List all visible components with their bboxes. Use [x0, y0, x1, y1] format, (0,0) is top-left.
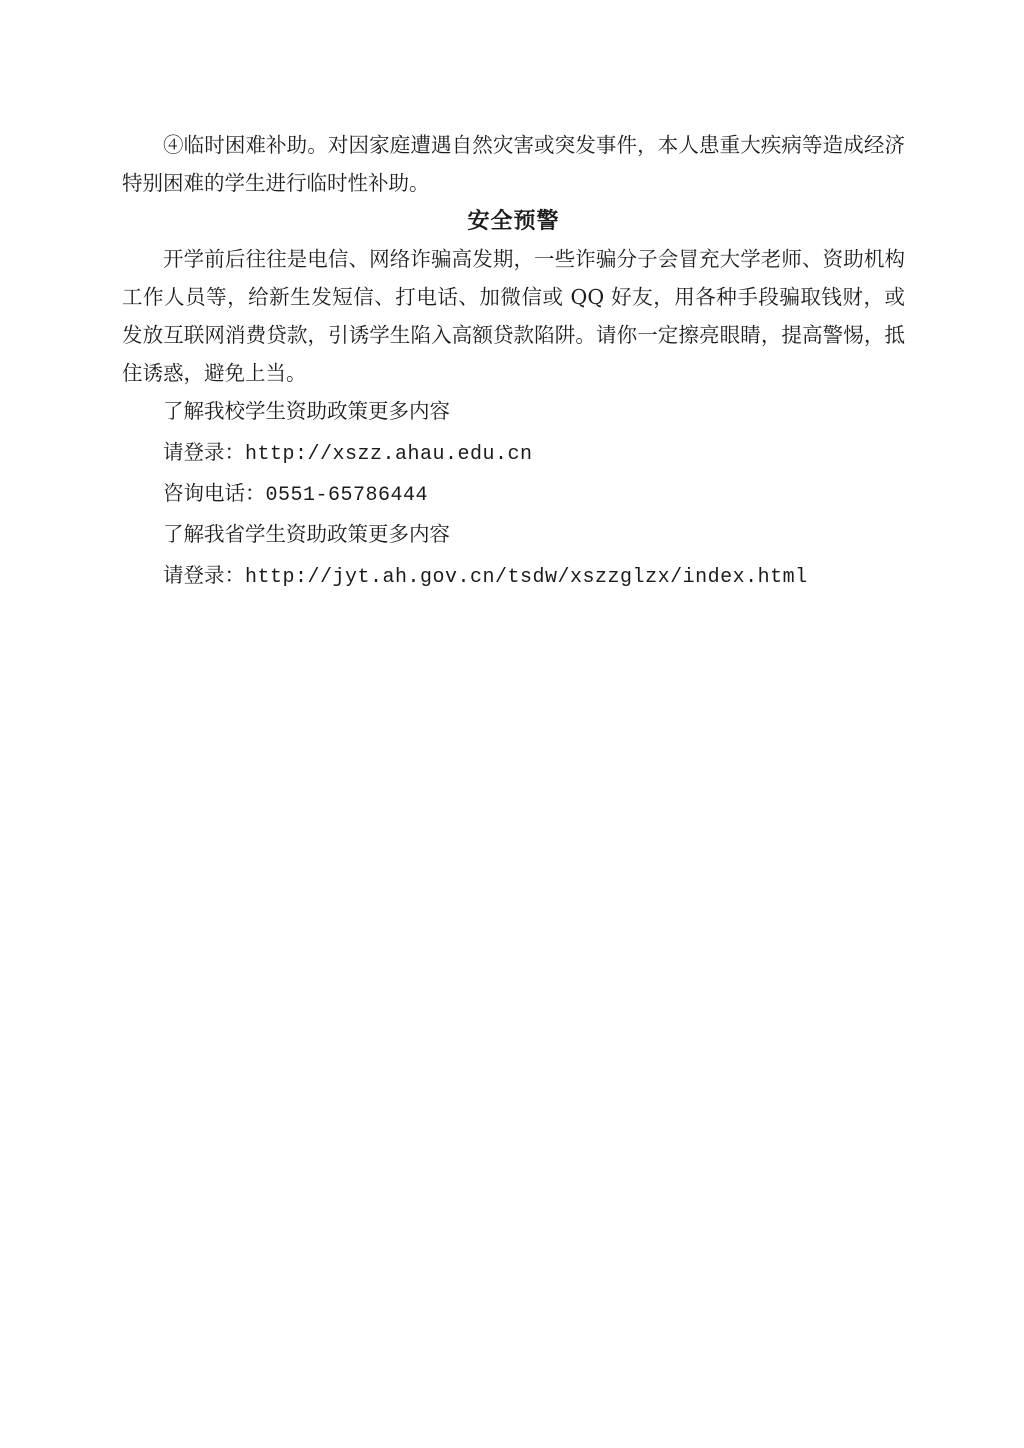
document-content: ④临时困难补助。对因家庭遭遇自然灾害或突发事件，本人患重大疾病等造成经济特别困难… [122, 126, 905, 597]
info-value-url: http://jyt.ah.gov.cn/tsdw/xszzglzx/index… [245, 566, 808, 589]
paragraph-temporary-subsidy: ④临时困难补助。对因家庭遭遇自然灾害或突发事件，本人患重大疾病等造成经济特别困难… [122, 126, 905, 202]
info-line-province-login-url: 请登录：http://jyt.ah.gov.cn/tsdw/xszzglzx/i… [122, 556, 905, 597]
info-line-school-login-url: 请登录：http://xszz.ahau.edu.cn [122, 433, 905, 474]
info-label: 了解我校学生资助政策更多内容 [163, 399, 450, 423]
info-label: 请登录： [163, 440, 245, 464]
section-heading-security-alert: 安全预警 [122, 202, 905, 240]
info-line-school-policy: 了解我校学生资助政策更多内容 [122, 392, 905, 433]
info-value-phone: 0551-65786444 [266, 484, 429, 507]
paragraph-fraud-warning: 开学前后往往是电信、网络诈骗高发期，一些诈骗分子会冒充大学老师、资助机构工作人员… [122, 240, 905, 392]
info-label: 请登录： [163, 563, 245, 587]
info-label: 咨询电话： [163, 481, 266, 505]
info-line-phone: 咨询电话：0551-65786444 [122, 474, 905, 515]
info-label: 了解我省学生资助政策更多内容 [163, 522, 450, 546]
info-line-province-policy: 了解我省学生资助政策更多内容 [122, 515, 905, 556]
document-page: ④临时困难补助。对因家庭遭遇自然灾害或突发事件，本人患重大疾病等造成经济特别困难… [0, 0, 1024, 1448]
info-value-url: http://xszz.ahau.edu.cn [245, 443, 533, 466]
